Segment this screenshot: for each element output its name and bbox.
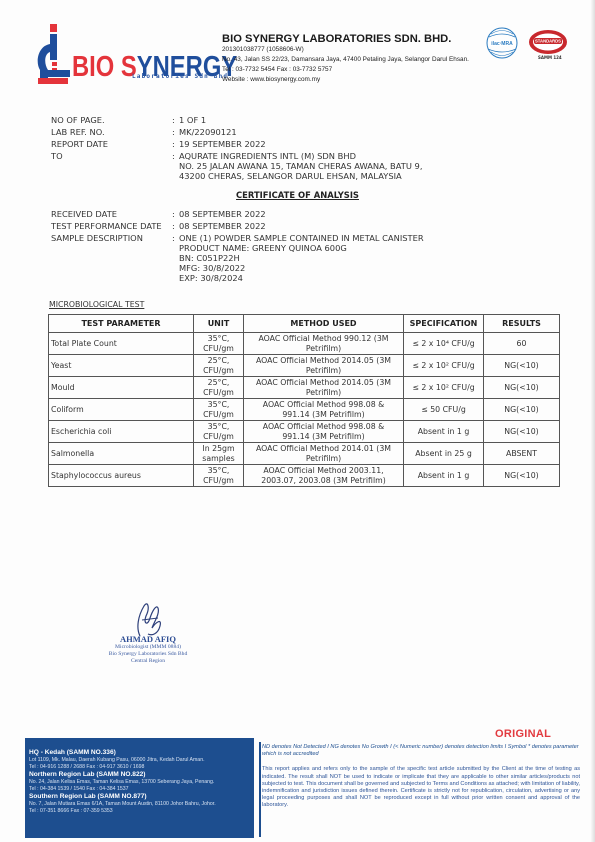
cell-result: NG(<10): [484, 355, 560, 377]
cell-method: AOAC Official Method 2003.11,2003.07, 20…: [244, 465, 404, 487]
standards-malaysia-badge-icon: STANDARDS: [528, 29, 568, 57]
info-value: 1 OF 1: [179, 115, 206, 125]
signature-scribble-icon: [118, 598, 178, 638]
header-test-parameter: TEST PARAMETER: [49, 315, 194, 333]
cell-result: NG(<10): [484, 421, 560, 443]
lab-locations-box: HQ - Kedah (SAMM NO.336) Lot 1109, Mk. M…: [25, 738, 254, 838]
header-unit: UNIT: [194, 315, 244, 333]
cell-result: ABSENT: [484, 443, 560, 465]
info-label: LAB REF. NO.: [51, 127, 105, 137]
cell-method: AOAC Official Method 2014.05 (3MPetrifil…: [244, 355, 404, 377]
cell-result: NG(<10): [484, 377, 560, 399]
notes-disclaimer: This report applies and refers only to t…: [262, 766, 580, 809]
lab-line: Lot 1109, Mk. Malau, Daerah Kubang Pasu,…: [29, 757, 254, 764]
cell-method-line: 991.14 (3M Petrifilm): [246, 432, 401, 441]
logo-bio: BIO: [72, 51, 114, 83]
table-row: Coliform35°C,CFU/gmAOAC Official Method …: [49, 399, 560, 421]
svg-text:STANDARDS: STANDARDS: [535, 39, 561, 44]
cell-unit-line: 35°C,: [196, 334, 241, 343]
info-colon: :: [172, 115, 175, 125]
cell-unit: 35°C,CFU/gm: [194, 421, 244, 443]
header-method-used: METHOD USED: [244, 315, 404, 333]
certificate-title-text: CERTIFICATE OF ANALYSIS: [236, 190, 359, 200]
recipient-address-line: 43200 CHERAS, SELANGOR DARUL EHSAN, MALA…: [179, 171, 402, 181]
cell-result: NG(<10): [484, 465, 560, 487]
lab-line: Tel : 04-916 1288 / 2688 Fax : 04-917 36…: [29, 764, 254, 771]
cell-method-line: AOAC Official Method 2014.05 (3M: [246, 356, 401, 365]
microscope-icon: [36, 22, 70, 86]
section-title: MICROBIOLOGICAL TEST: [49, 300, 144, 309]
cell-unit-line: CFU/gm: [196, 388, 241, 397]
cell-method: AOAC Official Method 2014.01 (3MPetrifil…: [244, 443, 404, 465]
cell-method-line: Petrifilm): [246, 388, 401, 397]
cell-specification: ≤ 50 CFU/g: [404, 399, 484, 421]
cell-specification: ≤ 2 x 10² CFU/g: [404, 377, 484, 399]
cell-unit-line: CFU/gm: [196, 344, 241, 353]
cell-method-line: 991.14 (3M Petrifilm): [246, 410, 401, 419]
cell-unit-line: CFU/gm: [196, 366, 241, 375]
info-colon: :: [172, 233, 175, 243]
cell-unit: 35°C,CFU/gm: [194, 465, 244, 487]
cell-specification: ≤ 2 x 10⁴ CFU/g: [404, 333, 484, 355]
cell-unit-line: CFU/gm: [196, 410, 241, 419]
lab-title: Southern Region Lab (SAMM NO.877): [29, 793, 254, 801]
cell-unit: 25°C,CFU/gm: [194, 377, 244, 399]
lab-title: HQ - Kedah (SAMM NO.336): [29, 749, 254, 757]
cell-unit-line: In 25gm: [196, 444, 241, 453]
cell-method-line: AOAC Official Method 990.12 (3M: [246, 334, 401, 343]
cell-unit-line: 35°C,: [196, 400, 241, 409]
recipient-address-line: NO. 25 JALAN AWANA 15, TAMAN CHERAS AWAN…: [179, 161, 422, 171]
cell-specification: Absent in 1 g: [404, 421, 484, 443]
company-logo: BIO SYNERGY Laboratories Sdn Bhd: [36, 22, 216, 88]
cell-test-parameter: Total Plate Count: [49, 333, 194, 355]
cell-unit-line: CFU/gm: [196, 432, 241, 441]
sample-description-line: MFG: 30/8/2022: [179, 263, 245, 273]
cell-test-parameter: Yeast: [49, 355, 194, 377]
cell-unit-line: samples: [196, 454, 241, 463]
cell-unit: 25°C,CFU/gm: [194, 355, 244, 377]
sample-description-line: BN: C051P22H: [179, 253, 240, 263]
company-info: BIO SYNERGY LABORATORIES SDN. BHD. 20130…: [222, 33, 512, 85]
cell-method-line: AOAC Official Method 2014.05 (3M: [246, 378, 401, 387]
cell-method-line: 2003.07, 2003.08 (3M Petrifilm): [246, 476, 401, 485]
scan-edge: [590, 0, 595, 842]
cell-test-parameter: Salmonella: [49, 443, 194, 465]
info-colon: :: [172, 151, 175, 161]
cell-method-line: Petrifilm): [246, 454, 401, 463]
cell-unit-line: 35°C,: [196, 422, 241, 431]
info-label: RECEIVED DATE: [51, 209, 117, 219]
cell-method-line: AOAC Official Method 2003.11,: [246, 466, 401, 475]
cell-method: AOAC Official Method 998.08 &991.14 (3M …: [244, 421, 404, 443]
cell-unit: In 25gmsamples: [194, 443, 244, 465]
table-header-row: TEST PARAMETER UNIT METHOD USED SPECIFIC…: [49, 315, 560, 333]
notes-divider: [259, 742, 261, 837]
original-stamp: ORIGINAL: [495, 728, 551, 740]
cell-method: AOAC Official Method 990.12 (3MPetrifilm…: [244, 333, 404, 355]
cell-test-parameter: Mould: [49, 377, 194, 399]
company-website: Website : www.biosynergy.com.my: [222, 75, 512, 85]
info-colon: :: [172, 127, 175, 137]
signatory-name: AHMAD AFIQ: [78, 634, 218, 644]
cell-method-line: AOAC Official Method 998.08 &: [246, 400, 401, 409]
certificate-title: CERTIFICATE OF ANALYSIS: [0, 190, 595, 200]
cell-specification: ≤ 2 x 10² CFU/g: [404, 355, 484, 377]
cell-unit-line: CFU/gm: [196, 476, 241, 485]
table-row: Yeast25°C,CFU/gmAOAC Official Method 201…: [49, 355, 560, 377]
lab-title: Northern Region Lab (SAMM NO.822): [29, 771, 254, 779]
cell-method-line: Petrifilm): [246, 366, 401, 375]
results-table: TEST PARAMETER UNIT METHOD USED SPECIFIC…: [48, 314, 560, 487]
company-name: BIO SYNERGY LABORATORIES SDN. BHD.: [222, 33, 512, 45]
logo-space: [114, 51, 121, 83]
cell-result: 60: [484, 333, 560, 355]
cell-specification: Absent in 25 g: [404, 443, 484, 465]
header-results: RESULTS: [484, 315, 560, 333]
table-row: Staphylococcus aureus35°C,CFU/gmAOAC Off…: [49, 465, 560, 487]
company-address: No. 43, Jalan SS 22/23, Damansara Jaya, …: [222, 55, 512, 65]
sample-description-line: EXP: 30/8/2024: [179, 273, 243, 283]
info-colon: :: [172, 209, 175, 219]
cell-method-line: Petrifilm): [246, 344, 401, 353]
cell-method: AOAC Official Method 998.08 &991.14 (3M …: [244, 399, 404, 421]
signatory-company: Bio Synergy Laboratories Sdn Bhd: [78, 651, 218, 658]
info-value: 19 SEPTEMBER 2022: [179, 139, 266, 149]
info-value: MK/22090121: [179, 127, 237, 137]
certificate-page: BIO SYNERGY Laboratories Sdn Bhd BIO SYN…: [0, 0, 595, 842]
header-specification: SPECIFICATION: [404, 315, 484, 333]
signatory-title: Microbiologist (MMM 0884): [78, 644, 218, 651]
svg-text:ilac·MRA: ilac·MRA: [491, 41, 513, 47]
samm-label: SAMM 124: [538, 55, 562, 60]
cell-specification: Absent in 1 g: [404, 465, 484, 487]
table-row: Escherichia coli35°C,CFU/gmAOAC Official…: [49, 421, 560, 443]
lab-line: No. 24, Jalan Kelisa Emas, Taman Kelisa …: [29, 779, 254, 786]
info-label: TEST PERFORMANCE DATE: [51, 221, 162, 231]
cell-method: AOAC Official Method 2014.05 (3MPetrifil…: [244, 377, 404, 399]
lab-line: Tel : 07-351 8666 Fax : 07-359 5353: [29, 808, 254, 815]
cell-unit: 35°C,CFU/gm: [194, 399, 244, 421]
notes-legend: ND denotes Not Detected I NG denotes No …: [262, 744, 580, 758]
sample-description-line: PRODUCT NAME: GREENY QUINOA 600G: [179, 243, 347, 253]
info-label: NO OF PAGE.: [51, 115, 105, 125]
lab-line: No. 7, Jalan Mutiara Emas 6/1A, Taman Mo…: [29, 801, 254, 808]
recipient-name: AQURATE INGREDIENTS INTL (M) SDN BHD: [179, 151, 356, 161]
table-row: Mould25°C,CFU/gmAOAC Official Method 201…: [49, 377, 560, 399]
results-table-body: Total Plate Count35°C,CFU/gmAOAC Officia…: [49, 333, 560, 487]
cell-unit-line: 25°C,: [196, 378, 241, 387]
cell-unit-line: 25°C,: [196, 356, 241, 365]
cell-test-parameter: Coliform: [49, 399, 194, 421]
signatory-region: Central Region: [78, 658, 218, 665]
signature-block: AHMAD AFIQ Microbiologist (MMM 0884) Bio…: [78, 598, 218, 665]
info-colon: :: [172, 139, 175, 149]
info-value: 08 SEPTEMBER 2022: [179, 221, 266, 231]
info-label: REPORT DATE: [51, 139, 108, 149]
logo-subtitle: Laboratories Sdn Bhd: [132, 73, 228, 80]
info-value: 08 SEPTEMBER 2022: [179, 209, 266, 219]
cell-method-line: AOAC Official Method 998.08 &: [246, 422, 401, 431]
sample-description-line: ONE (1) POWDER SAMPLE CONTAINED IN METAL…: [179, 233, 424, 243]
cell-unit: 35°C,CFU/gm: [194, 333, 244, 355]
info-colon: :: [172, 221, 175, 231]
info-label: TO: [51, 151, 63, 161]
cell-unit-line: 35°C,: [196, 466, 241, 475]
cell-method-line: AOAC Official Method 2014.01 (3M: [246, 444, 401, 453]
company-registration: 201301038777 (1058606-W): [222, 45, 512, 55]
table-row: SalmonellaIn 25gmsamplesAOAC Official Me…: [49, 443, 560, 465]
accreditation-badge-icon: ilac·MRA: [485, 27, 519, 59]
cell-result: NG(<10): [484, 399, 560, 421]
cell-test-parameter: Escherichia coli: [49, 421, 194, 443]
table-row: Total Plate Count35°C,CFU/gmAOAC Officia…: [49, 333, 560, 355]
lab-line: Tel : 04-384 1539 / 1540 Fax : 04-384 15…: [29, 786, 254, 793]
cell-test-parameter: Staphylococcus aureus: [49, 465, 194, 487]
footer-notes: ND denotes Not Detected I NG denotes No …: [262, 744, 580, 810]
info-label: SAMPLE DESCRIPTION: [51, 233, 143, 243]
company-phone-fax: Tel : 03-7732 5454 Fax : 03-7732 5757: [222, 65, 512, 75]
